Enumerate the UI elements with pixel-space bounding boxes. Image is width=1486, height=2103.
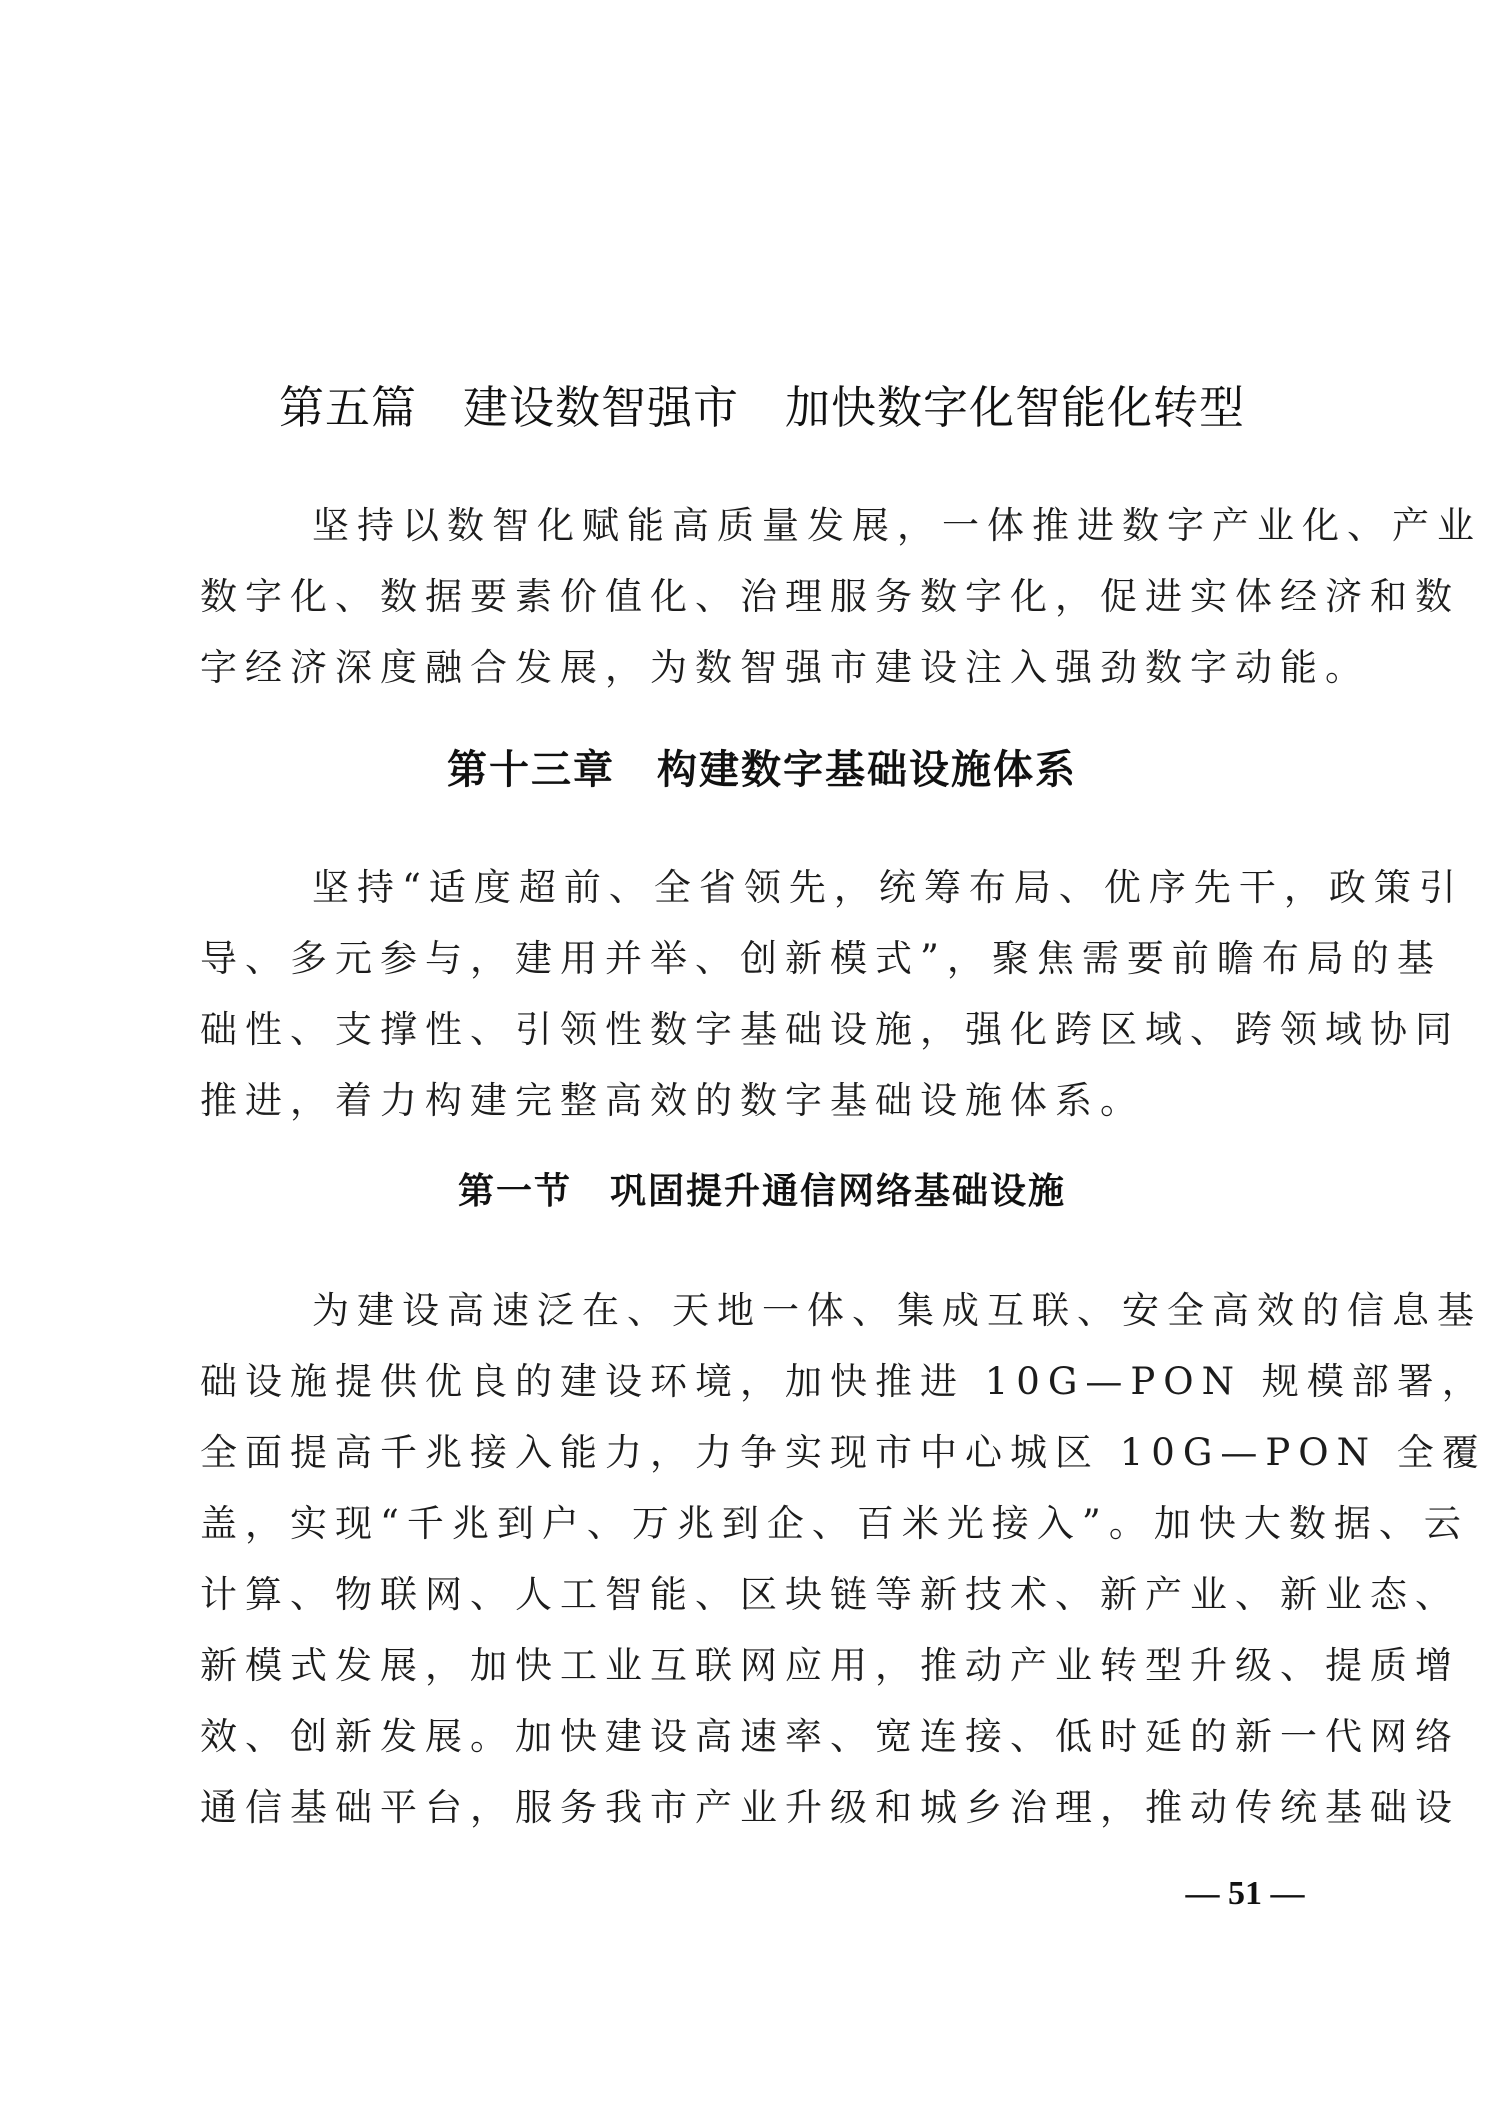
- paragraph-line: 计算、物联网、人工智能、区块链等新技术、新产业、新业态、: [200, 1559, 1324, 1630]
- paragraph-line: 盖，实现“千兆到户、万兆到企、百米光接入”。加快大数据、云: [200, 1488, 1324, 1559]
- paragraph-line: 推进，着力构建完整高效的数字基础设施体系。: [200, 1065, 1324, 1136]
- section-body-paragraph: 为建设高速泛在、天地一体、集成互联、安全高效的信息基 础设施提供优良的建设环境，…: [200, 1275, 1324, 1843]
- paragraph-line: 导、多元参与，建用并举、创新模式”，聚焦需要前瞻布局的基: [200, 923, 1324, 994]
- paragraph-line: 新模式发展，加快工业互联网应用，推动产业转型升级、提质增: [200, 1630, 1324, 1701]
- paragraph-line: 通信基础平台，服务我市产业升级和城乡治理，推动传统基础设: [200, 1772, 1324, 1843]
- paragraph-line: 全面提高千兆接入能力，力争实现市中心城区 10G—PON 全覆: [200, 1417, 1324, 1488]
- page-number: — 51 —: [1160, 1875, 1330, 1913]
- chapter-title: 第十三章 构建数字基础设施体系: [200, 742, 1324, 798]
- part-intro-paragraph: 坚持以数智化赋能高质量发展，一体推进数字产业化、产业 数字化、数据要素价值化、治…: [200, 490, 1324, 703]
- paragraph-line: 坚持以数智化赋能高质量发展，一体推进数字产业化、产业: [200, 490, 1324, 561]
- paragraph-line: 字经济深度融合发展，为数智强市建设注入强劲数字动能。: [200, 632, 1324, 703]
- chapter-intro-paragraph: 坚持“适度超前、全省领先，统筹布局、优序先干，政策引 导、多元参与，建用并举、创…: [200, 852, 1324, 1136]
- paragraph-line: 数字化、数据要素价值化、治理服务数字化，促进实体经济和数: [200, 561, 1324, 632]
- document-page: 第五篇 建设数智强市 加快数字化智能化转型 坚持以数智化赋能高质量发展，一体推进…: [0, 0, 1486, 2103]
- paragraph-line: 坚持“适度超前、全省领先，统筹布局、优序先干，政策引: [200, 852, 1324, 923]
- paragraph-line: 效、创新发展。加快建设高速率、宽连接、低时延的新一代网络: [200, 1701, 1324, 1772]
- paragraph-line: 础性、支撑性、引领性数字基础设施，强化跨区域、跨领域协同: [200, 994, 1324, 1065]
- part-title: 第五篇 建设数智强市 加快数字化智能化转型: [200, 378, 1324, 438]
- paragraph-line: 为建设高速泛在、天地一体、集成互联、安全高效的信息基: [200, 1275, 1324, 1346]
- section-title: 第一节 巩固提升通信网络基础设施: [200, 1165, 1324, 1217]
- paragraph-line: 础设施提供优良的建设环境，加快推进 10G—PON 规模部署，: [200, 1346, 1324, 1417]
